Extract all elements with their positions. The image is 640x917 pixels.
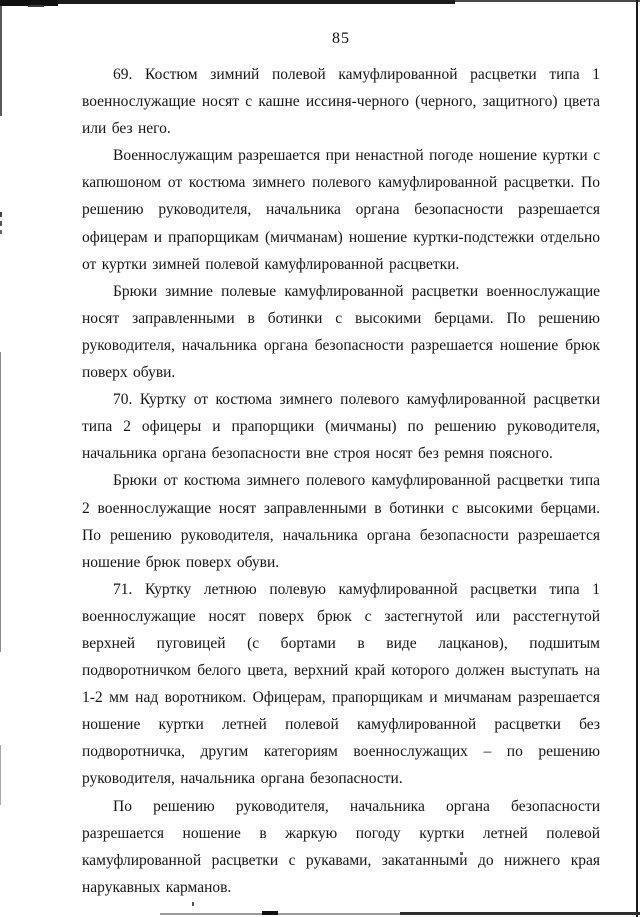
scan-artifact-left-edge — [0, 745, 1, 805]
document-page: 85 69. Костюм зимний полевой камуфлирова… — [0, 0, 640, 917]
page-number: 85 — [82, 30, 600, 48]
scan-artifact-bottom-edge — [262, 911, 278, 915]
scan-artifact-left-edge — [0, 221, 2, 226]
scan-artifact-left-edge — [0, 230, 2, 234]
scan-artifact-right-edge — [636, 0, 638, 917]
document-body: 69. Костюм зимний полевой камуфлированно… — [82, 61, 600, 901]
paragraph: Брюки зимние полевые камуфлированной рас… — [82, 278, 600, 386]
paragraph: Военнослужащим разрешается при ненастной… — [82, 142, 600, 277]
scan-artifact-dash — [28, 5, 44, 7]
scan-artifact-speck — [192, 902, 194, 906]
scan-artifact-bottom-edge — [400, 912, 640, 915]
paragraph-69: 69. Костюм зимний полевой камуфлированно… — [82, 61, 600, 142]
scan-artifact-left-edge — [0, 352, 1, 652]
scan-artifact-top-band — [455, 0, 640, 2]
scan-artifact-bottom-edge — [160, 913, 400, 915]
paragraph-70: 70. Куртку от костюма зимнего полевого к… — [82, 386, 600, 467]
paragraph-71: 71. Куртку летнюю полевую камуфлированно… — [82, 576, 600, 793]
paragraph: Брюки от костюма зимнего полевого камуфл… — [82, 467, 600, 575]
scan-artifact-left-edge — [0, 212, 2, 217]
scan-artifact-top-blob — [0, 0, 58, 6]
scan-artifact-left-edge — [0, 6, 2, 116]
paragraph: По решению руководителя, начальника орга… — [82, 793, 600, 901]
scan-artifact-top-band — [0, 0, 455, 4]
